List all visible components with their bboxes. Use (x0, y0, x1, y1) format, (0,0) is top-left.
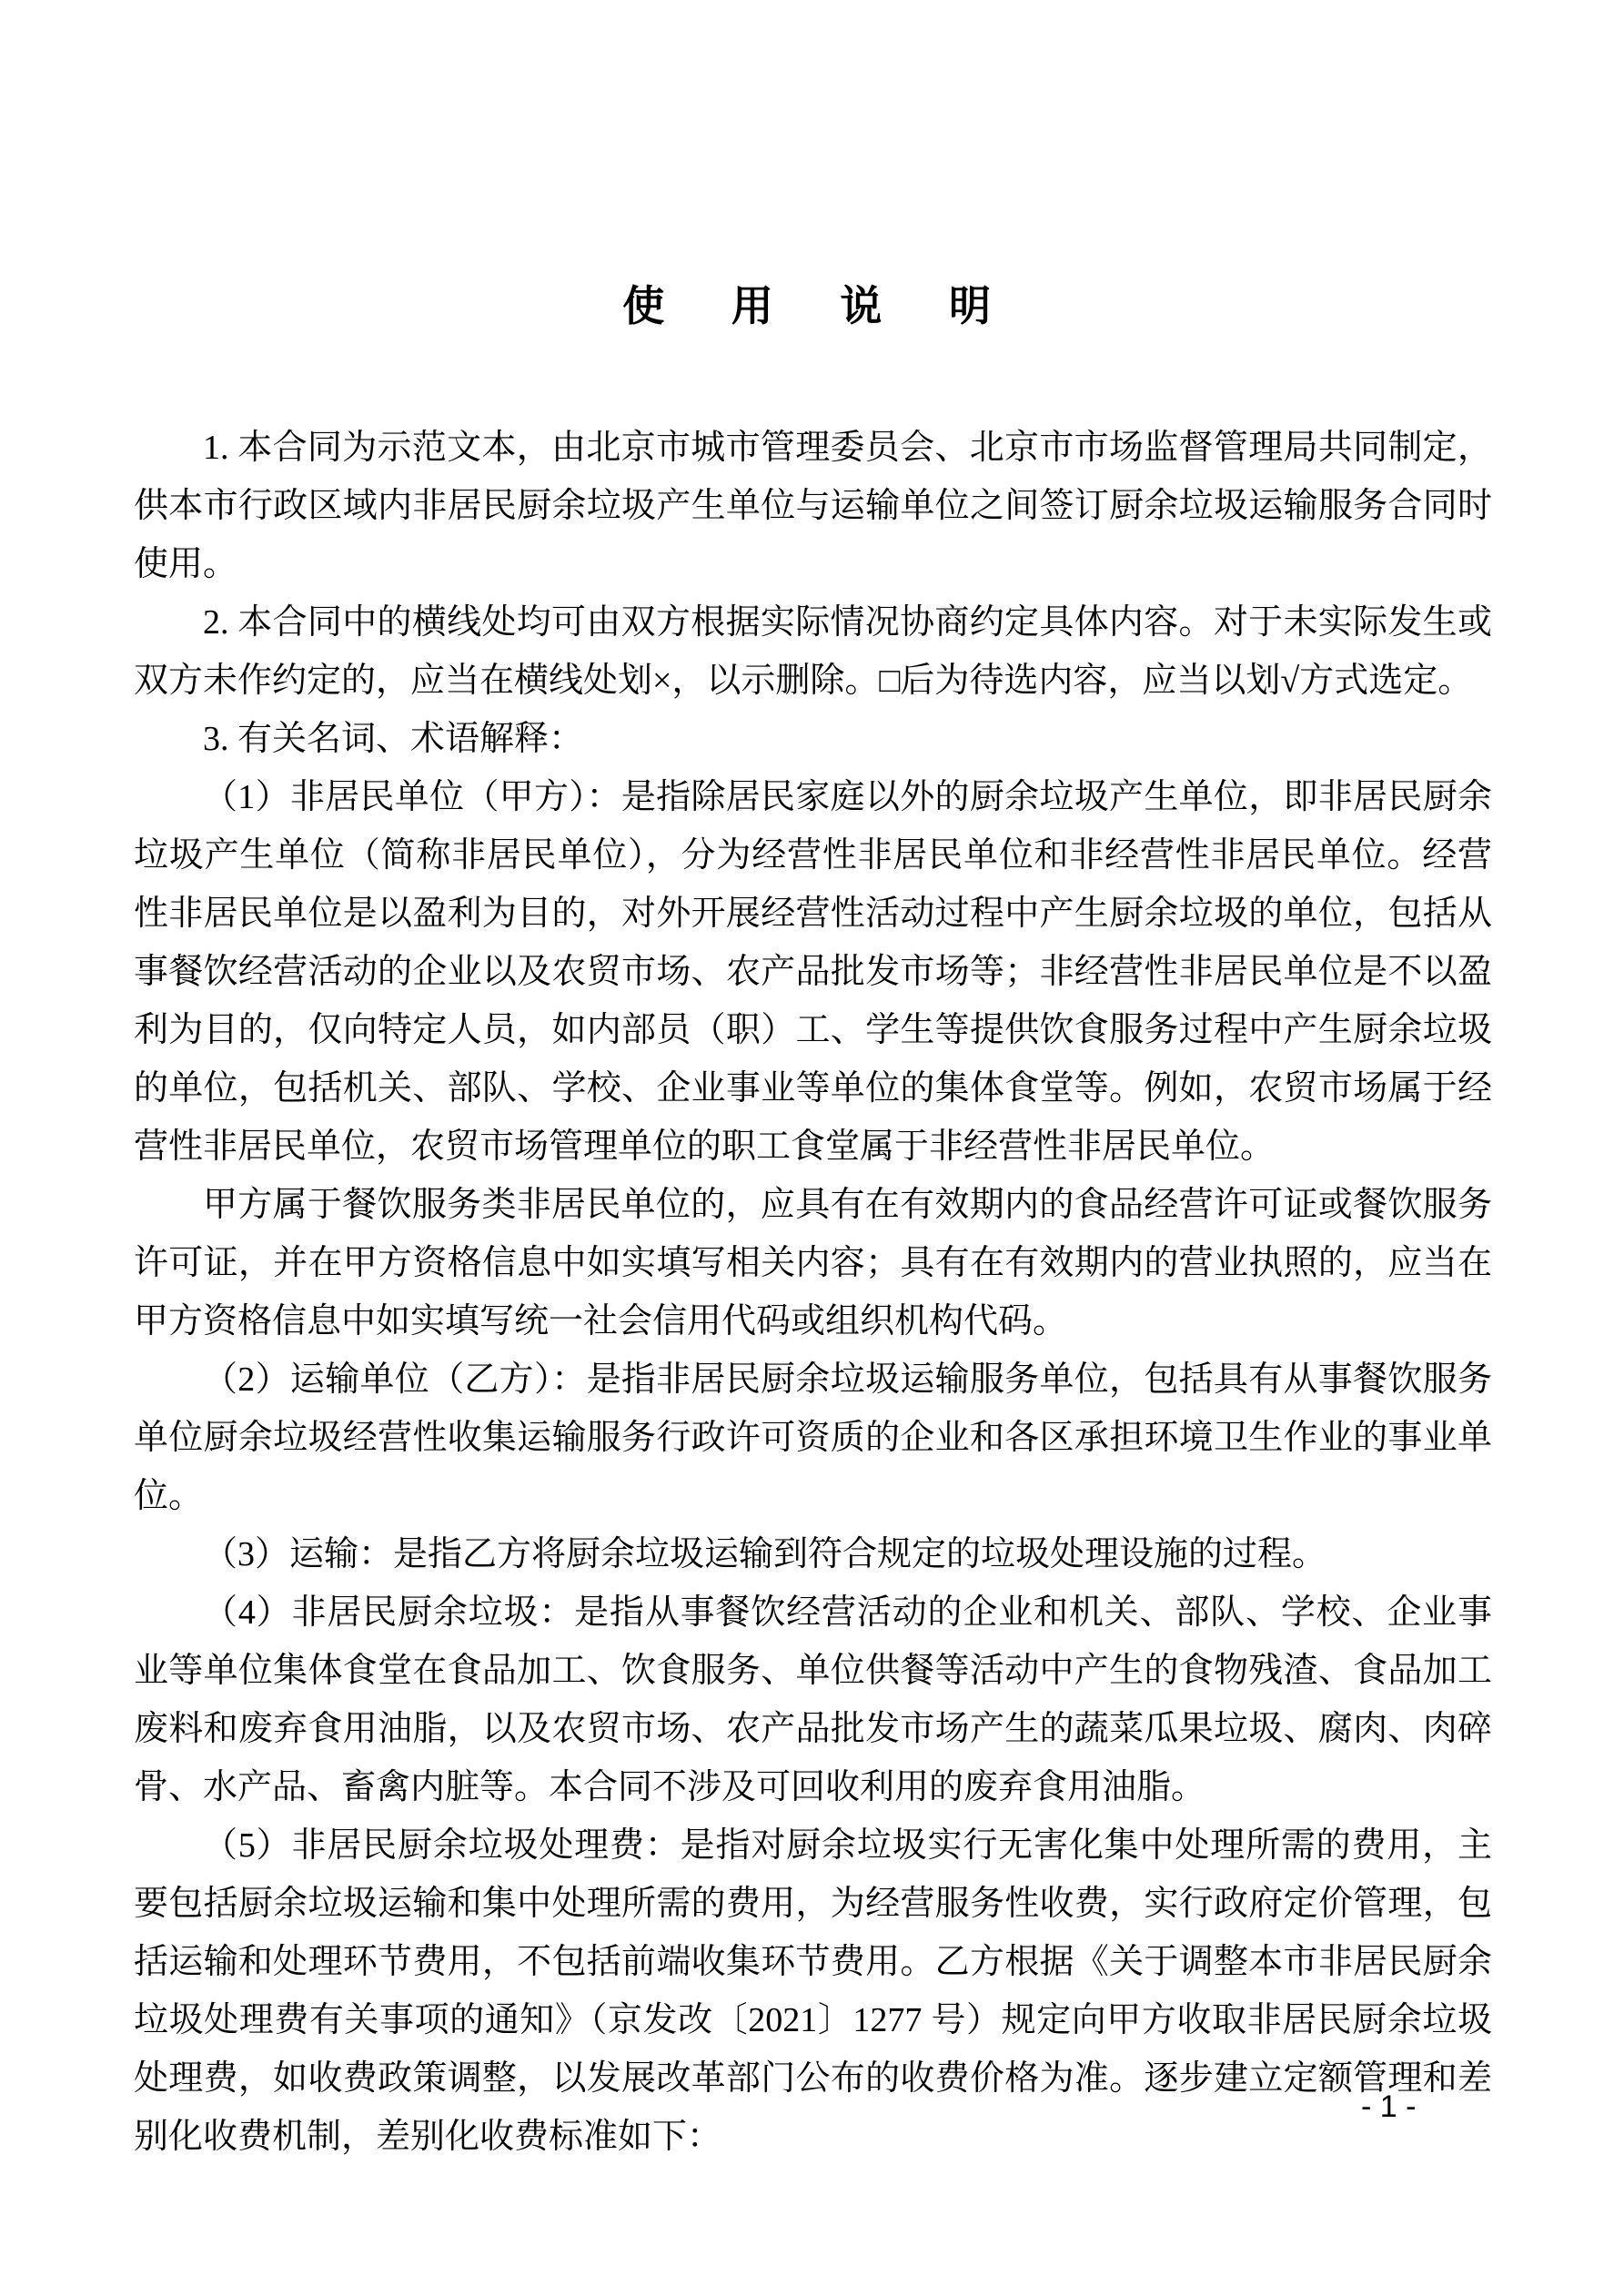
paragraph-6: （2）运输单位（乙方）：是指非居民厨余垃圾运输服务单位，包括具有从事餐饮服务单位… (134, 1350, 1492, 1525)
paragraph-7: （3）运输：是指乙方将厨余垃圾运输到符合规定的垃圾处理设施的过程。 (134, 1525, 1492, 1583)
page-number: - 1 - (1361, 2089, 1416, 2125)
paragraph-4: （1）非居民单位（甲方）：是指除居民家庭以外的厨余垃圾产生单位，即非居民厨余垃圾… (134, 768, 1492, 1176)
document-page: 使 用 说 明 1. 本合同为示范文本，由北京市城市管理委员会、北京市市场监督管… (0, 0, 1624, 2296)
paragraph-8: （4）非居民厨余垃圾：是指从事餐饮经营活动的企业和机关、部队、学校、企业事业等单… (134, 1583, 1492, 1816)
paragraph-2: 2. 本合同中的横线处均可由双方根据实际情况协商约定具体内容。对于未实际发生或双… (134, 593, 1492, 710)
paragraph-9: （5）非居民厨余垃圾处理费：是指对厨余垃圾实行无害化集中处理所需的费用，主要包括… (134, 1816, 1492, 2166)
page-title: 使 用 说 明 (134, 273, 1492, 333)
document-body: 1. 本合同为示范文本，由北京市城市管理委员会、北京市市场监督管理局共同制定，供… (134, 419, 1492, 2166)
paragraph-1: 1. 本合同为示范文本，由北京市城市管理委员会、北京市市场监督管理局共同制定，供… (134, 419, 1492, 593)
paragraph-5: 甲方属于餐饮服务类非居民单位的，应具有在有效期内的食品经营许可证或餐饮服务许可证… (134, 1176, 1492, 1350)
paragraph-3: 3. 有关名词、术语解释： (134, 710, 1492, 768)
